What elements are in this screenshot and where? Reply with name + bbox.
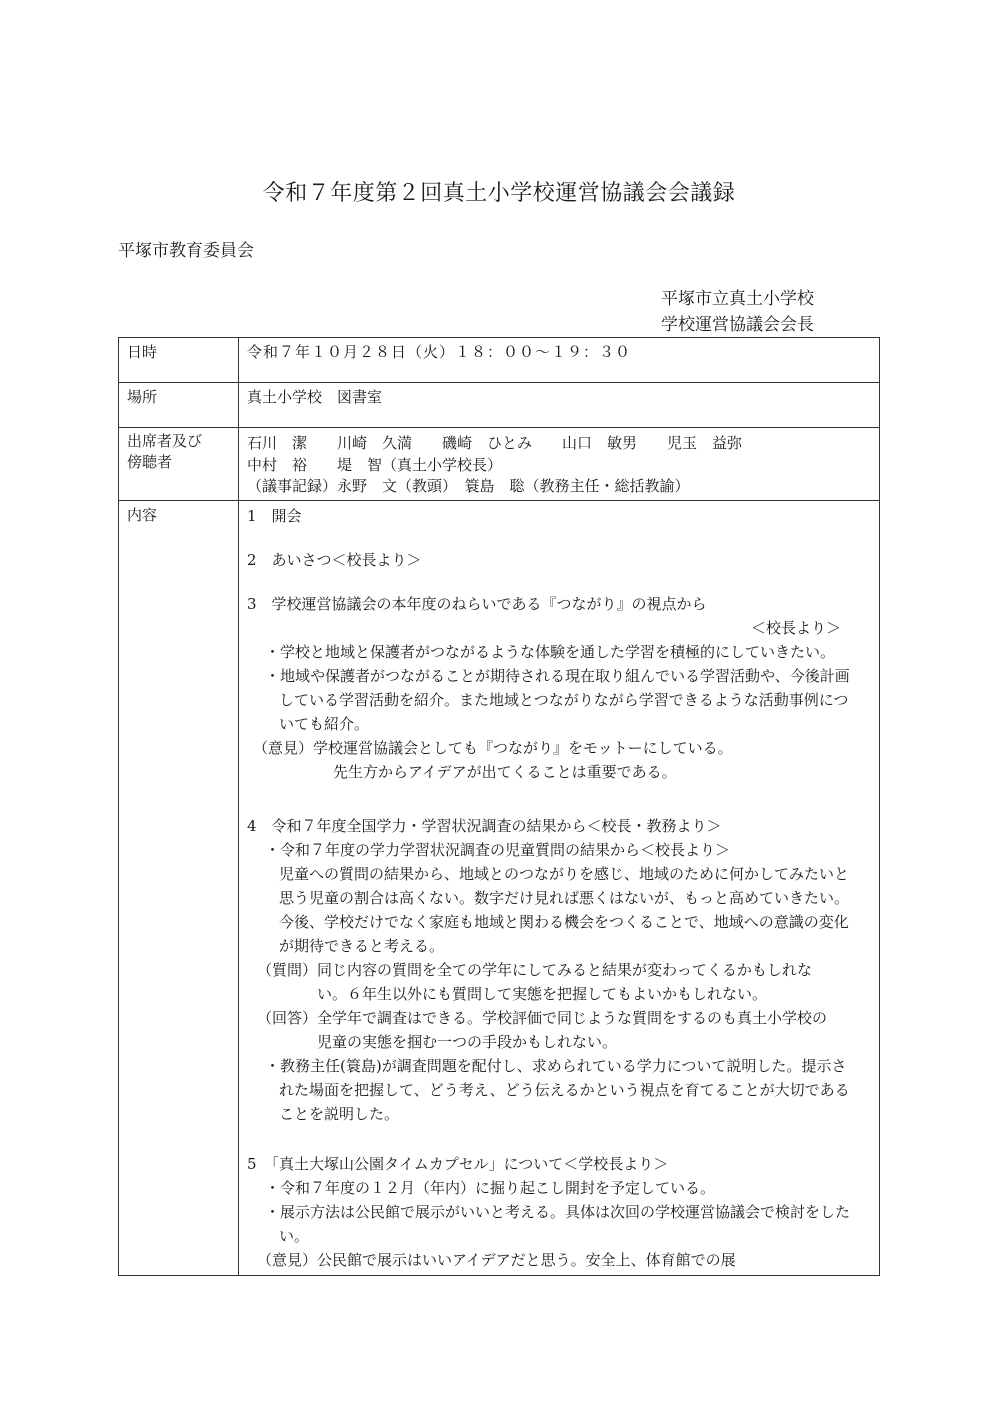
table-row-content: 内容 1 開会 2 あいさつ＜校長より＞ 3 学校運営協議会の本年度のねらいであ… (119, 501, 880, 1276)
agenda-item-3: 3 学校運営協議会の本年度のねらいである『つながり』の視点から ＜校長より＞ ・… (247, 592, 861, 784)
label-attendees-line2: 傍聴者 (127, 452, 230, 473)
value-place: 真土小学校 図書室 (239, 383, 880, 428)
agenda-item-2: 2 あいさつ＜校長より＞ (247, 548, 861, 572)
table-row-place: 場所 真土小学校 図書室 (119, 383, 880, 428)
recipient: 平塚市教育委員会 (118, 236, 254, 261)
bullet: ・地域や保護者がつながることが期待される現在取り組んでいる学習活動や、今後計画し… (247, 664, 861, 736)
bullet: ・教務主任(簑島)が調査問題を配付し、求められている学力について説明した。提示さ… (247, 1054, 861, 1126)
question-text: 同じ内容の質問を全ての学年にしてみると結果が変わってくるかもしれない。６年生以外… (317, 958, 861, 1006)
agenda-item-3-source: ＜校長より＞ (247, 616, 861, 640)
label-place: 場所 (119, 383, 239, 428)
opinion-label: （意見） (257, 1248, 317, 1272)
bullet: ・学校と地域と保護者がつながるような体験を通した学習を積極的にしていきたい。 (247, 640, 861, 664)
value-content: 1 開会 2 あいさつ＜校長より＞ 3 学校運営協議会の本年度のねらいである『つ… (239, 501, 880, 1276)
label-content: 内容 (119, 501, 239, 1276)
bullet: ・展示方法は公民館で展示がいいと考える。具体は次回の学校運営協議会で検討をしたい… (247, 1200, 861, 1248)
label-datetime: 日時 (119, 338, 239, 383)
sender-school: 平塚市立真土小学校 (661, 286, 814, 312)
sender: 平塚市立真土小学校 学校運営協議会会長 (661, 286, 814, 338)
label-attendees-line1: 出席者及び (127, 431, 230, 452)
bullet: ・令和７年度の１２月（年内）に掘り起こし開封を予定している。 (247, 1176, 861, 1200)
agenda-item-4-head: 4 令和７年度全国学力・学習状況調査の結果から＜校長・教務より＞ (247, 814, 861, 838)
opinion-line: 学校運営協議会としても『つながり』をモットーにしている。 (313, 736, 733, 760)
label-attendees: 出席者及び 傍聴者 (119, 428, 239, 501)
attendees-line: 中村 裕 堤 智（真土小学校長） (247, 455, 871, 476)
agenda-item-5-head: 5 「真土大塚山公園タイムカプセル」について＜学校長より＞ (247, 1152, 861, 1176)
agenda-item-5: 5 「真土大塚山公園タイムカプセル」について＜学校長より＞ ・令和７年度の１２月… (247, 1152, 861, 1272)
agenda-item-3-head: 3 学校運営協議会の本年度のねらいである『つながり』の視点から (247, 592, 861, 616)
paragraph: 児童への質問の結果から、地域とのつながりを感じ、地域のために何かしてみたいと思う… (247, 862, 861, 958)
attendees-line: 石川 潔 川崎 久満 磯崎 ひとみ 山口 敏男 児玉 益弥 (247, 431, 871, 455)
sender-role: 学校運営協議会会長 (661, 312, 814, 338)
table-row-attendees: 出席者及び 傍聴者 石川 潔 川崎 久満 磯崎 ひとみ 山口 敏男 児玉 益弥 … (119, 428, 880, 501)
table-row-datetime: 日時 令和７年１０月２８日（火）１８：００〜１９：３０ (119, 338, 880, 383)
opinion-text: 公民館で展示はいいアイデアだと思う。安全上、体育館での展 (317, 1248, 736, 1272)
minutes-table: 日時 令和７年１０月２８日（火）１８：００〜１９：３０ 場所 真土小学校 図書室… (118, 337, 880, 1276)
answer-label: （回答） (257, 1006, 317, 1054)
question-label: （質問） (257, 958, 317, 1006)
value-datetime: 令和７年１０月２８日（火）１８：００〜１９：３０ (239, 338, 880, 383)
sub-head: ・令和７年度の学力学習状況調査の児童質問の結果から＜校長より＞ (247, 838, 861, 862)
opinion-line: 先生方からアイデアが出てくることは重要である。 (313, 760, 733, 784)
answer-text: 全学年で調査はできる。学校評価で同じような質問をするのも真土小学校の児童の実態を… (317, 1006, 861, 1054)
agenda-item-1: 1 開会 (247, 504, 861, 528)
document-title: 令和７年度第２回真土小学校運営協議会会議録 (0, 176, 998, 207)
attendees-line: （議事記録）永野 文（教頭） 簑島 聡（教務主任・総括教諭） (247, 476, 871, 497)
value-attendees: 石川 潔 川崎 久満 磯崎 ひとみ 山口 敏男 児玉 益弥 中村 裕 堤 智（真… (239, 428, 880, 501)
opinion-label: （意見） (253, 736, 313, 784)
agenda-item-4: 4 令和７年度全国学力・学習状況調査の結果から＜校長・教務より＞ ・令和７年度の… (247, 814, 861, 1126)
